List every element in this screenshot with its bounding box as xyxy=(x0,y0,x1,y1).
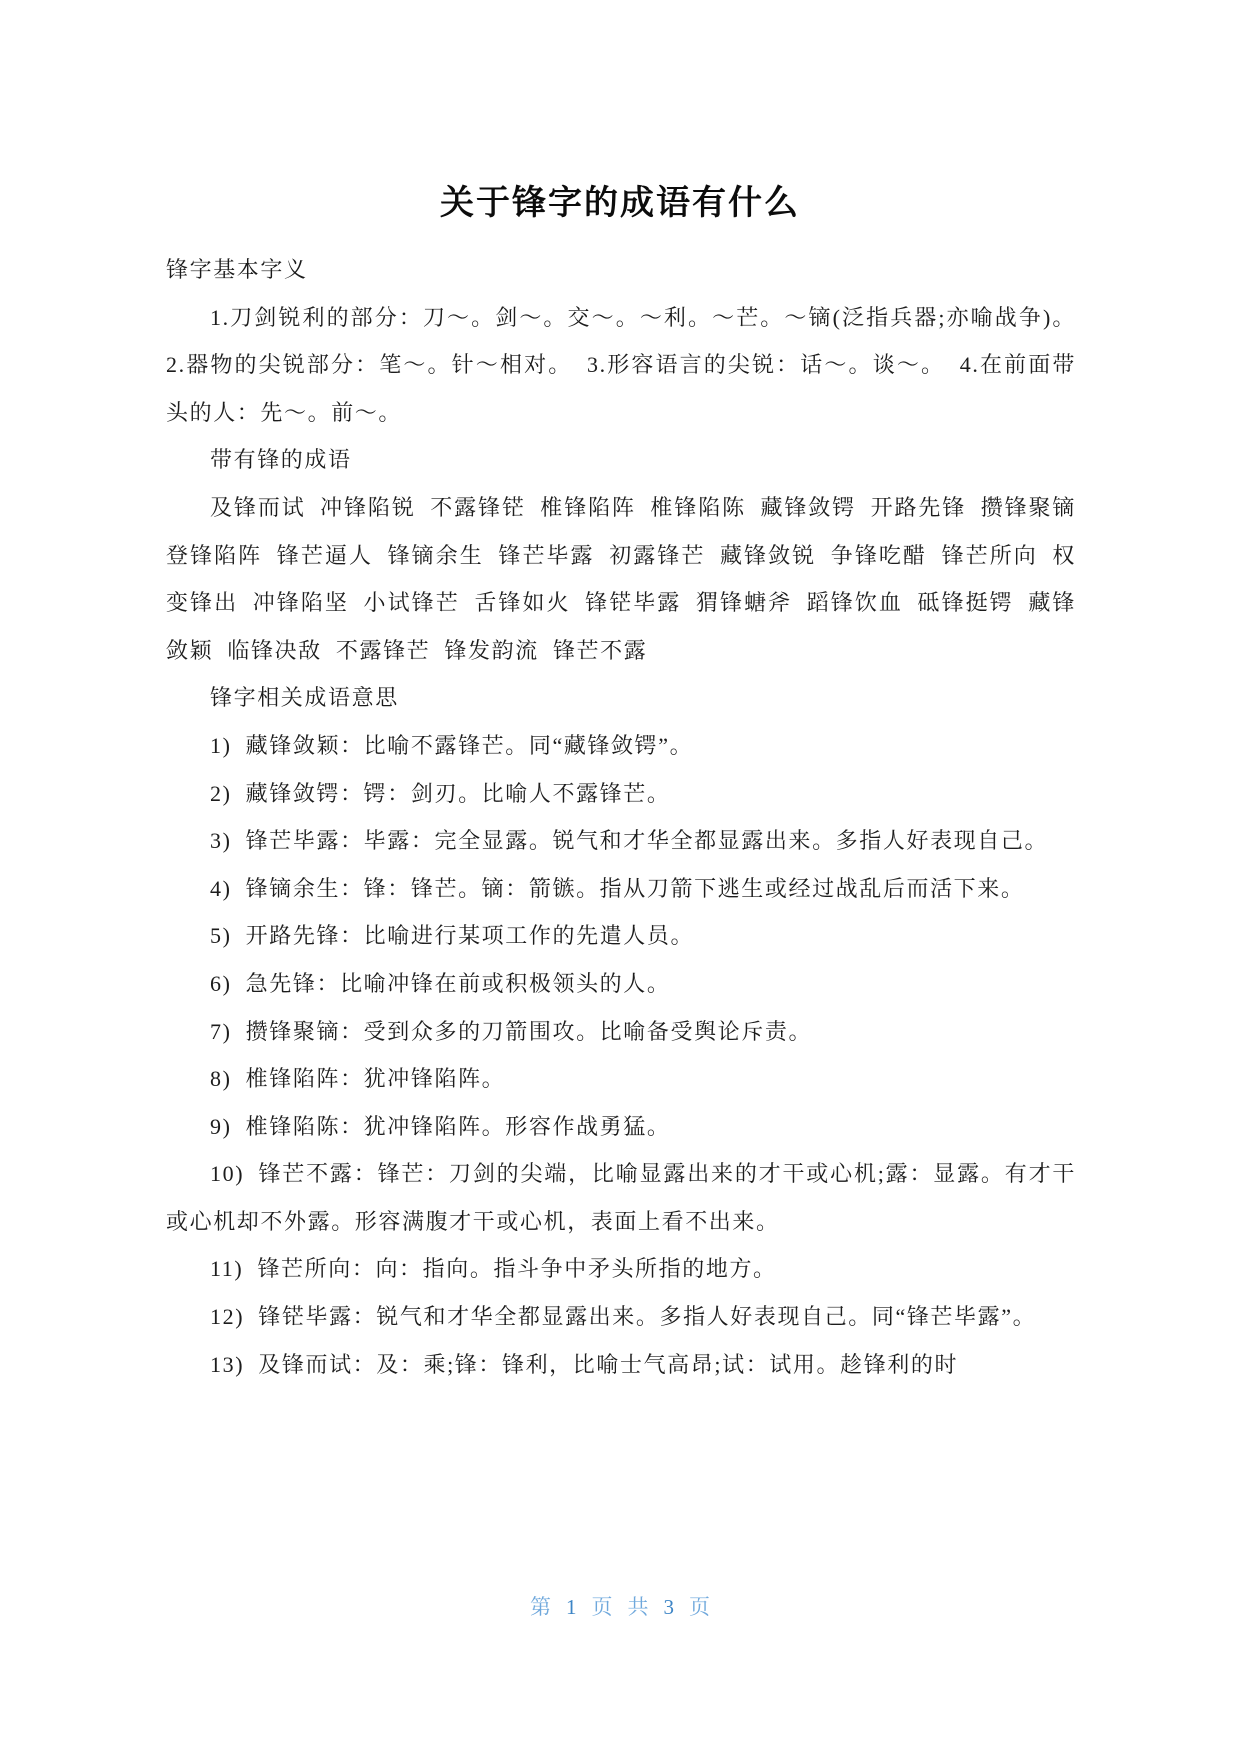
paragraph-11: 6) 急先锋：比喻冲锋在前或积极领头的人。 xyxy=(166,960,1076,1008)
paragraph-8: 3) 锋芒毕露：毕露：完全显露。锐气和才华全都显露出来。多指人好表现自己。 xyxy=(166,817,1076,865)
paragraph-15: 10) 锋芒不露：锋芒：刀剑的尖端，比喻显露出来的才干或心机;露：显露。有才干或… xyxy=(166,1150,1076,1245)
paragraph-7: 2) 藏锋敛锷：锷：剑刃。比喻人不露锋芒。 xyxy=(166,770,1076,818)
footer-label-page-2: 页 xyxy=(689,1592,710,1622)
paragraph-14: 9) 椎锋陷陈：犹冲锋陷阵。形容作战勇猛。 xyxy=(166,1103,1076,1151)
document-body: 锋字基本字义1.刀剑锐利的部分：刀～。剑～。交～。～利。～芒。～镝(泛指兵器;亦… xyxy=(166,246,1076,1388)
footer-label-page-1: 页 xyxy=(592,1592,613,1622)
paragraph-17: 12) 锋铓毕露：锐气和才华全都显露出来。多指人好表现自己。同“锋芒毕露”。 xyxy=(166,1293,1076,1341)
paragraph-9: 4) 锋镝余生：锋：锋芒。镝：箭镞。指从刀箭下逃生或经过战乱后而活下来。 xyxy=(166,865,1076,913)
footer-label-gong: 共 xyxy=(628,1592,649,1622)
paragraph-1: 锋字基本字义 xyxy=(166,246,1076,294)
footer-total-pages-number: 3 xyxy=(664,1592,675,1622)
page-title: 关于锋字的成语有什么 xyxy=(0,183,1240,223)
paragraph-5: 锋字相关成语意思 xyxy=(166,674,1076,722)
paragraph-13: 8) 椎锋陷阵：犹冲锋陷阵。 xyxy=(166,1055,1076,1103)
page-footer: 第 1 页 共 3 页 xyxy=(0,1592,1240,1622)
paragraph-18: 13) 及锋而试：及：乘;锋：锋利，比喻士气高昂;试：试用。趁锋利的时 xyxy=(166,1341,1076,1389)
document-page: 关于锋字的成语有什么 锋字基本字义1.刀剑锐利的部分：刀～。剑～。交～。～利。～… xyxy=(0,0,1240,1753)
footer-label-di: 第 xyxy=(530,1592,551,1622)
paragraph-6: 1) 藏锋敛颖：比喻不露锋芒。同“藏锋敛锷”。 xyxy=(166,722,1076,770)
paragraph-2: 1.刀剑锐利的部分：刀～。剑～。交～。～利。～芒。～镝(泛指兵器;亦喻战争)。 … xyxy=(166,294,1076,437)
paragraph-4: 及锋而试 冲锋陷锐 不露锋铓 椎锋陷阵 椎锋陷陈 藏锋敛锷 开路先锋 攒锋聚镝 … xyxy=(166,484,1076,674)
paragraph-12: 7) 攒锋聚镝：受到众多的刀箭围攻。比喻备受舆论斥责。 xyxy=(166,1008,1076,1056)
paragraph-3: 带有锋的成语 xyxy=(166,436,1076,484)
footer-current-page-number: 1 xyxy=(566,1592,577,1622)
paragraph-16: 11) 锋芒所向：向：指向。指斗争中矛头所指的地方。 xyxy=(166,1245,1076,1293)
paragraph-10: 5) 开路先锋：比喻进行某项工作的先遣人员。 xyxy=(166,912,1076,960)
